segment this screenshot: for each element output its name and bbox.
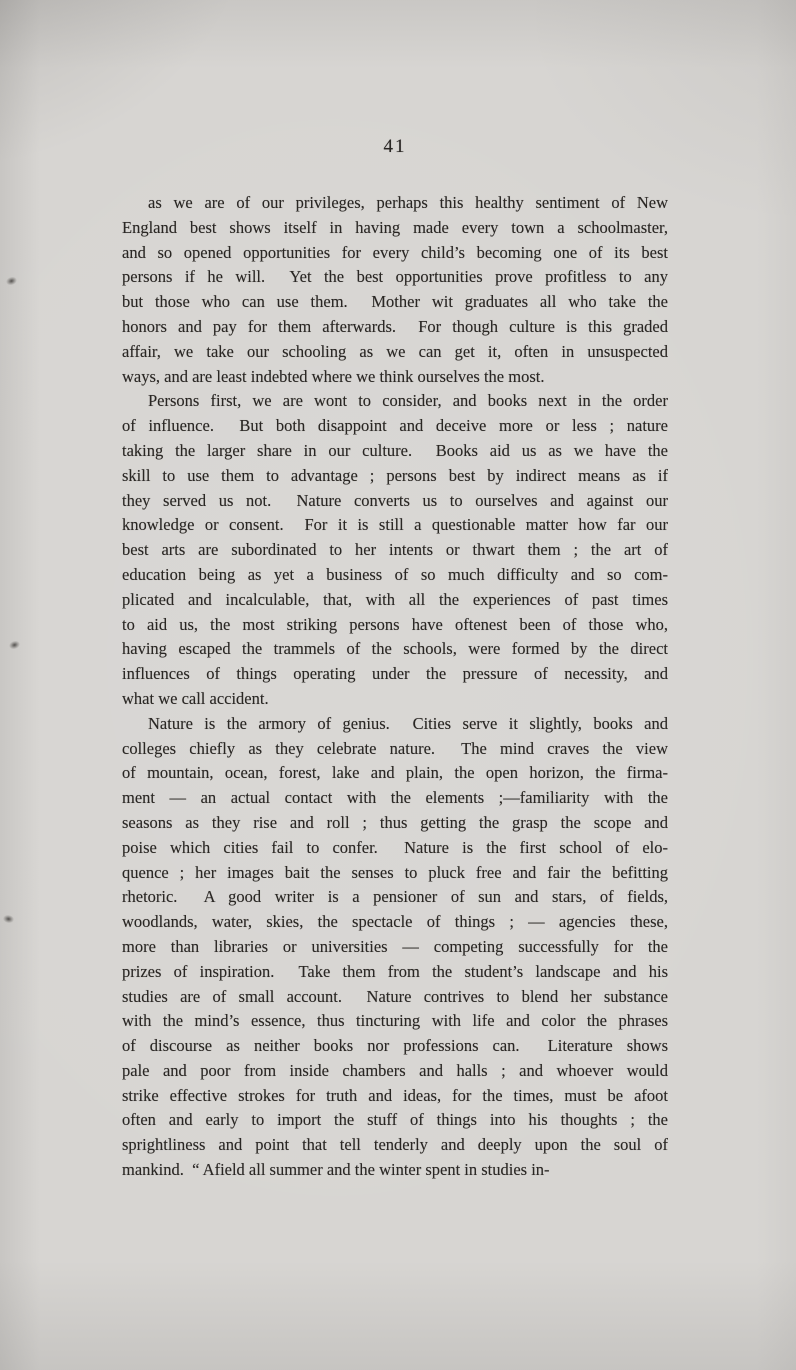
text-line: seasons as they rise and roll ; thus get… bbox=[122, 811, 668, 836]
text-line: studies are of small account. Nature con… bbox=[122, 985, 668, 1010]
text-line: honors and pay for them afterwards. For … bbox=[122, 315, 668, 340]
text-line: prizes of inspiration. Take them from th… bbox=[122, 960, 668, 985]
text-line: of mountain, ocean, forest, lake and pla… bbox=[122, 761, 668, 786]
text-line: sprightliness and point that tell tender… bbox=[122, 1133, 668, 1158]
text-line: ways, and are least indebted where we th… bbox=[122, 365, 668, 390]
text-line: they served us not. Nature converts us t… bbox=[122, 489, 668, 514]
text-line: having escaped the trammels of the schoo… bbox=[122, 637, 668, 662]
text-line: England best shows itself in having made… bbox=[122, 216, 668, 241]
text-line: Persons first, we are wont to consider, … bbox=[122, 389, 668, 414]
text-line: pale and poor from inside chambers and h… bbox=[122, 1059, 668, 1084]
text-line: skill to use them to advantage ; persons… bbox=[122, 464, 668, 489]
text-line: and so opened opportunities for every ch… bbox=[122, 241, 668, 266]
text-line: taking the larger share in our culture. … bbox=[122, 439, 668, 464]
text-line: education being as yet a business of so … bbox=[122, 563, 668, 588]
text-line: knowledge or consent. For it is still a … bbox=[122, 513, 668, 538]
text-line: persons if he will. Yet the best opportu… bbox=[122, 265, 668, 290]
text-line: affair, we take our schooling as we can … bbox=[122, 340, 668, 365]
text-block: as we are of our privileges, perhaps thi… bbox=[122, 191, 668, 1183]
text-line: mankind. “ Afield all summer and the win… bbox=[122, 1158, 668, 1183]
text-line: woodlands, water, skies, the spectacle o… bbox=[122, 910, 668, 935]
text-line: poise which cities fail to confer. Natur… bbox=[122, 836, 668, 861]
text-line: quence ; her images bait the senses to p… bbox=[122, 861, 668, 886]
text-line: influences of things operating under the… bbox=[122, 662, 668, 687]
text-line: ment — an actual contact with the elemen… bbox=[122, 786, 668, 811]
paper-flaw-mark bbox=[8, 639, 21, 650]
text-line: colleges chiefly as they celebrate natur… bbox=[122, 737, 668, 762]
text-line: Nature is the armory of genius. Cities s… bbox=[122, 712, 668, 737]
text-line: what we call accident. bbox=[122, 687, 668, 712]
paper-flaw-mark bbox=[2, 914, 14, 924]
page-number: 41 bbox=[122, 136, 668, 158]
text-line: but those who can use them. Mother wit g… bbox=[122, 290, 668, 315]
text-line: best arts are subordinated to her intent… bbox=[122, 538, 668, 563]
text-line: of discourse as neither books nor profes… bbox=[122, 1034, 668, 1059]
text-line: more than libraries or universities — co… bbox=[122, 935, 668, 960]
paragraph: Nature is the armory of genius. Cities s… bbox=[122, 712, 668, 1183]
text-line: to aid us, the most striking persons hav… bbox=[122, 613, 668, 638]
text-line: rhetoric. A good writer is a pensioner o… bbox=[122, 885, 668, 910]
paragraph: Persons first, we are wont to consider, … bbox=[122, 389, 668, 711]
book-page: 41 as we are of our privileges, perhaps … bbox=[0, 0, 796, 1370]
text-line: strike effective strokes for truth and i… bbox=[122, 1084, 668, 1109]
paragraph: as we are of our privileges, perhaps thi… bbox=[122, 191, 668, 389]
text-line: as we are of our privileges, perhaps thi… bbox=[122, 191, 668, 216]
text-line: with the mind’s essence, thus tincturing… bbox=[122, 1009, 668, 1034]
paper-flaw-mark bbox=[5, 275, 18, 286]
text-line: plicated and incalculable, that, with al… bbox=[122, 588, 668, 613]
text-line: of influence. But both disappoint and de… bbox=[122, 414, 668, 439]
text-line: often and early to import the stuff of t… bbox=[122, 1108, 668, 1133]
